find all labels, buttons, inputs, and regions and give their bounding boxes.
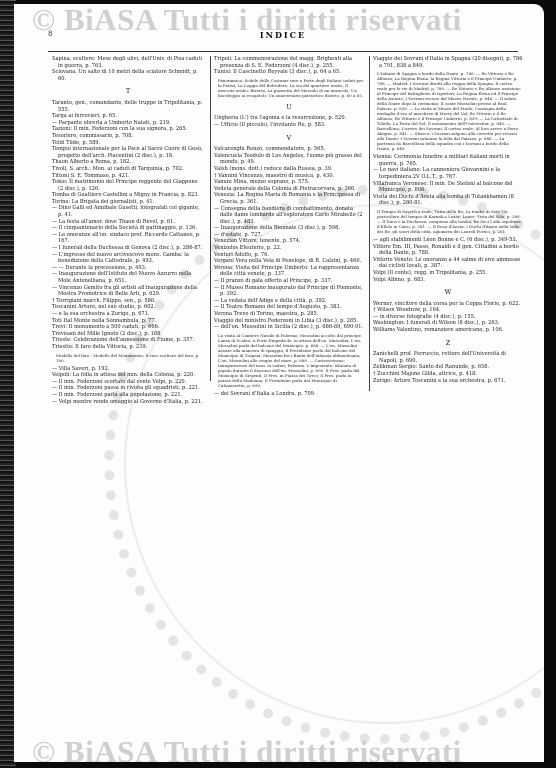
index-entry: Zanichelli prof. Ferruccio, rettore dell… <box>373 351 523 364</box>
index-entry: Trieste: Celebrazione dell'annessione di… <box>52 337 204 344</box>
index-entry: — — Durante la processione, p. 493. <box>52 265 204 272</box>
index-entry: † Torrigiani march. Filippo, sen., p. 58… <box>52 298 204 305</box>
index-entry: Torino: La Brigata dei giornalisti, p. 4… <box>52 199 204 206</box>
index-column-1: Sapina, scultore: Mese degli ulivi, dell… <box>52 56 204 405</box>
index-entry: Tripoli: La commemorazione del magg. Bri… <box>214 56 364 69</box>
index-entry: Velpoli: La folla in attesa del min. del… <box>52 372 204 379</box>
index-note: Il Tempio di Sayyeh a Iside; Tutta della… <box>377 209 523 234</box>
index-entry: Volpi Albino, p. 683. <box>373 277 523 284</box>
index-entry: — Inaugurazione della Biennale (3 disc.)… <box>214 225 364 232</box>
section-letter: V <box>214 135 364 142</box>
index-note: L'Infante di Spagna a bordo della Dante,… <box>377 71 523 151</box>
index-entry: — La vedata dell'Adige e della città, p.… <box>214 298 364 305</box>
index-entry: — Il Museo Romano inaugurato dal Princip… <box>214 285 364 298</box>
index-entry: Venezian Vittore, tenente, p. 574. <box>214 238 364 245</box>
index-entry: — Il min. Federzoni parla alla popolazio… <box>52 392 204 399</box>
index-entry: — Consegna della bandiera di combattimen… <box>214 206 364 226</box>
index-entry: Visita dei Duchi d'Aosta alla tomba di T… <box>373 194 523 207</box>
index-entry: Ungheria (L') tra l'agonia e la resurrez… <box>214 115 364 122</box>
index-entry: — Ufficio (Il piccolo), l'invitante Re, … <box>214 122 364 129</box>
index-entry: — e la sua orchestra a Zurigo, p. 671. <box>52 311 204 318</box>
index-entry: Verona Trevo di Torino, maestra, p. 285. <box>214 311 364 318</box>
index-entry: — L'ingresso del nuovo arcivescovo mons.… <box>52 252 204 265</box>
page-header: 8 INDICE <box>48 30 518 44</box>
index-entry: † Vannini Vincenzo, maestro di musica, p… <box>214 173 364 180</box>
index-entry: — Le navi italiane: La cannoniera Giovan… <box>373 167 523 180</box>
index-entry: Venizelos Eleuterio, p. 22. <box>214 245 364 252</box>
copyright-watermark-bottom: © BiASA Tutti i diritti riservati <box>32 734 462 762</box>
index-entry: Washington: I funerali di Wilson (8 disc… <box>373 320 523 327</box>
index-note: La visita al Cantiere Navale di Palermo;… <box>218 333 364 388</box>
index-entry: — Il Teatro Romano del tempo d'Augusto, … <box>214 304 364 311</box>
index-entry: — d'estate, p. 727. <box>214 232 364 239</box>
index-entry: Tomba di Gualtiero Castellini a Migny in… <box>52 192 204 199</box>
index-entry: Triestio: Il faro della Vittoria, p. 239… <box>52 344 204 351</box>
index-entry: Verona: Visita del Principe Umberto: La … <box>214 265 364 278</box>
index-entry: Tempio internazionale per la Pace al Sac… <box>52 146 204 159</box>
index-column-3: Viaggio dei Sovrani d'Italia in Spagna (… <box>369 56 523 391</box>
index-entry: — Le onoranze all'on. sindaco prof. Ricc… <box>52 232 204 245</box>
index-entry: — dei Sovrani d'Italia a Londra, p. 709. <box>214 391 364 398</box>
section-letter: Z <box>373 340 523 347</box>
index-entry: — Il cinquantenario della Società di pat… <box>52 225 204 232</box>
index-entry: Sciovana. Un salto di 10 metri della sci… <box>52 69 204 82</box>
index-entry: † Wilson Woodrow, p. 164. <box>373 307 523 314</box>
index-entry: Taranto, gen., comandante, delle truppe … <box>52 100 204 113</box>
index-entry: Targa ai ferrovieri, p. 65. <box>52 113 204 120</box>
index-entry: Toti Ital Monte nella Sonnambula, p. 77. <box>52 318 204 325</box>
index-entry: — Parpante ohrerla a Umberto Natati, p. … <box>52 120 204 127</box>
index-entry: Venezia: La Regina Maria di Romania e la… <box>214 192 364 205</box>
section-letter: T <box>52 88 204 95</box>
index-entry: — I funerali della Duchessa di Genova (2… <box>52 245 204 252</box>
header-rule <box>48 51 518 52</box>
index-column-2: Tripoli: La commemorazione del magg. Bri… <box>210 56 364 381</box>
index-entry: — Il min. Federzoni passa in rivista gli… <box>52 385 204 392</box>
index-entry: Villafranca Veronese: Il min. De Stefani… <box>373 181 523 194</box>
index-entry: Valencuela Teodulo di Los Angeles, l'uom… <box>214 153 364 166</box>
index-entry: Vittorio Veneto: Le onoranze a 44 salme … <box>373 257 523 270</box>
index-entry: — Volpi mentre rende omaggio al Governo … <box>52 399 204 406</box>
index-entry: — Il pranzo di gala offerto al Principe,… <box>214 278 364 285</box>
index-entry: Tesoriere, commissario, p. 708. <box>52 133 204 140</box>
index-note: Panoramica; Scibile dello Costume sere a… <box>218 78 364 98</box>
index-entry: Vanuni Mina, mezzo soprano, p. 575. <box>214 179 364 186</box>
section-letter: W <box>373 289 523 296</box>
page-title: INDICE <box>48 30 518 40</box>
index-entry: Valcarenghi Renzo, commendatore, p. 565. <box>214 146 364 153</box>
index-entry: — agli stabilimenti Léon Bonne e C. (6 d… <box>373 237 523 244</box>
index-entry: — Inaugurazione dell'Istituto del Nuovo … <box>52 271 204 284</box>
index-entry: Trevi: Il monumento a 500 caduti, p. 666… <box>52 324 204 331</box>
index-entry: — Dino Galli ed Annibale Gusetti, fotogr… <box>52 205 204 218</box>
index-entry: Vittore Em. III, Passo, Ronaldi e il gen… <box>373 244 523 257</box>
index-entry: Werner, vincitore della corsa per la Cop… <box>373 301 523 308</box>
document-page: © BiASA Tutti i diritti riservati 8 INDI… <box>14 4 544 762</box>
index-entry: Volpi (Il conte), regg. in Tripolitania,… <box>373 270 523 277</box>
index-entry: Zelikman Sergio: Santo del Ranunde, p. 6… <box>373 364 523 371</box>
index-entry: Tittoni S. E. Tommaso, p. 421. <box>52 173 204 180</box>
index-entry: — Vincenzo Gemito fra gli artisti all'in… <box>52 285 204 298</box>
index-entry: Tokio: Il matrimonio del Principe reggen… <box>52 179 204 192</box>
index-entry: Vergani Vera nella Vela di Penelope, di … <box>214 258 364 265</box>
index-entry: Vedeta generale della Colonia di Pietrac… <box>214 186 364 193</box>
index-entry: Viaggio dei Sovrani d'Italia in Spagna (… <box>373 56 523 69</box>
index-entry: Trevisani del Mille Ignoto (2 disc.), p.… <box>52 331 204 338</box>
index-entry: Tunisi: Il Cascinetto Reyvale (3 disc.),… <box>214 69 364 76</box>
index-entry: Tivoli, S. arch.: Mon. ai caduti di Tarq… <box>52 166 204 173</box>
index-entry: — Il min. Federzoni scortato dal conte V… <box>52 379 204 386</box>
index-entry: Valsh (mons. dott.) reduce dalla Russia,… <box>214 166 364 173</box>
index-note: Modello del faro - Modello del Monumento… <box>56 353 204 363</box>
index-entry: Venturi Adolfo, p. 76. <box>214 252 364 259</box>
index-entry: Toscanini Arturo, nel suo studio, p. 602… <box>52 304 204 311</box>
index-entry: Thaon Alberto a Roma, p. 182. <box>52 159 204 166</box>
index-entry: Vienna: Cerimonia funebre a militari ita… <box>373 154 523 167</box>
index-entry: — Villa Saveri, p. 192. <box>52 366 204 373</box>
index-entry: Sapina, scultore: Mese degli ulivi, dell… <box>52 56 204 69</box>
index-entry: † Zucchini Majone Gilda, attrice, p. 418… <box>373 371 523 378</box>
index-entry: Tazioni: Il min. Federzoni con la sua si… <box>52 126 204 133</box>
index-entry: Williams Valentino, romanziere americano… <box>373 327 523 334</box>
index-entry: Zurigo: Arturo Toscanini e la sua orches… <box>373 378 523 385</box>
section-letter: U <box>214 104 364 111</box>
index-entry: — dell'on. Mussolini in Sicilia (2 disc.… <box>214 324 364 331</box>
